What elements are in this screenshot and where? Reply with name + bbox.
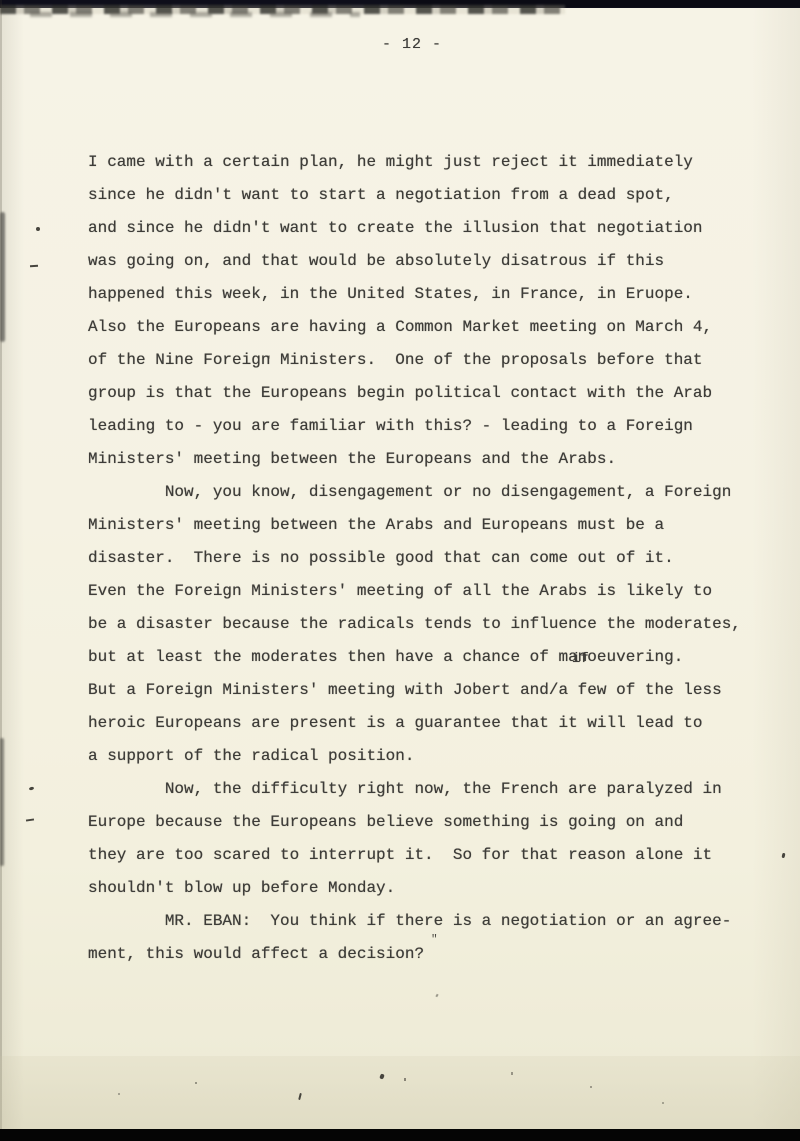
text-line: disaster. There is no possible good that…	[88, 542, 788, 575]
margin-dash-mark	[26, 818, 34, 821]
text-line: happened this week, in the United States…	[88, 278, 788, 311]
text-line: Now, the difficulty right now, the Frenc…	[88, 773, 788, 806]
document-body: I came with a certain plan, he might jus…	[88, 146, 788, 971]
text-line: But a Foreign Ministers' meeting with Jo…	[88, 674, 788, 707]
text-line: leading to - you are familiar with this?…	[88, 410, 788, 443]
scan-speckle	[118, 1093, 120, 1095]
text-line: but at least the moderates then have a c…	[88, 641, 788, 674]
text-line: I came with a certain plan, he might jus…	[88, 146, 788, 179]
text-line: group is that the Europeans begin politi…	[88, 377, 788, 410]
bottom-shaded-strip	[0, 1056, 800, 1129]
scan-speckle	[590, 1086, 592, 1088]
text-line: Now, you know, disengagement or no disen…	[88, 476, 788, 509]
scanned-document-page: - 12 - I came with a certain plan, he mi…	[0, 0, 800, 1141]
torn-edge-smudge-secondary	[30, 12, 360, 17]
left-edge-streak	[0, 212, 5, 342]
text-line: since he didn't want to start a negotiat…	[88, 179, 788, 212]
scan-speckle	[511, 1072, 513, 1075]
scan-speckle	[195, 1082, 197, 1084]
handtyped-interline-insertion: if	[572, 651, 589, 667]
text-line: Also the Europeans are having a Common M…	[88, 311, 788, 344]
stray-mark-after-question: "	[431, 934, 438, 946]
stray-typewriter-mark: '	[266, 356, 272, 367]
text-line: Europe because the Europeans believe som…	[88, 806, 788, 839]
scan-speckle	[662, 1102, 664, 1104]
margin-dot-mark	[36, 227, 40, 231]
page-number: - 12 -	[0, 36, 800, 53]
scan-speckle	[404, 1078, 406, 1081]
text-line: ment, this would affect a decision?	[88, 938, 788, 971]
text-line: shouldn't blow up before Monday.	[88, 872, 788, 905]
text-line: they are too scared to interrupt it. So …	[88, 839, 788, 872]
text-line: and since he didn't want to create the i…	[88, 212, 788, 245]
text-line: of the Nine Foreign Ministers. One of th…	[88, 344, 788, 377]
text-line: was going on, and that would be absolute…	[88, 245, 788, 278]
scan-bottom-dark-band	[0, 1129, 800, 1141]
left-edge-shadow	[0, 0, 2, 1141]
margin-dot-mark	[29, 786, 35, 790]
text-line: Ministers' meeting between the Arabs and…	[88, 509, 788, 542]
text-line: be a disaster because the radicals tends…	[88, 608, 788, 641]
scan-speckle	[435, 994, 438, 998]
text-line: MR. EBAN: You think if there is a negoti…	[88, 905, 788, 938]
text-line: heroic Europeans are present is a guaran…	[88, 707, 788, 740]
left-edge-streak	[0, 738, 4, 866]
text-line: a support of the radical position.	[88, 740, 788, 773]
text-line: Ministers' meeting between the Europeans…	[88, 443, 788, 476]
text-line: Even the Foreign Ministers' meeting of a…	[88, 575, 788, 608]
margin-dash-mark	[30, 265, 38, 268]
